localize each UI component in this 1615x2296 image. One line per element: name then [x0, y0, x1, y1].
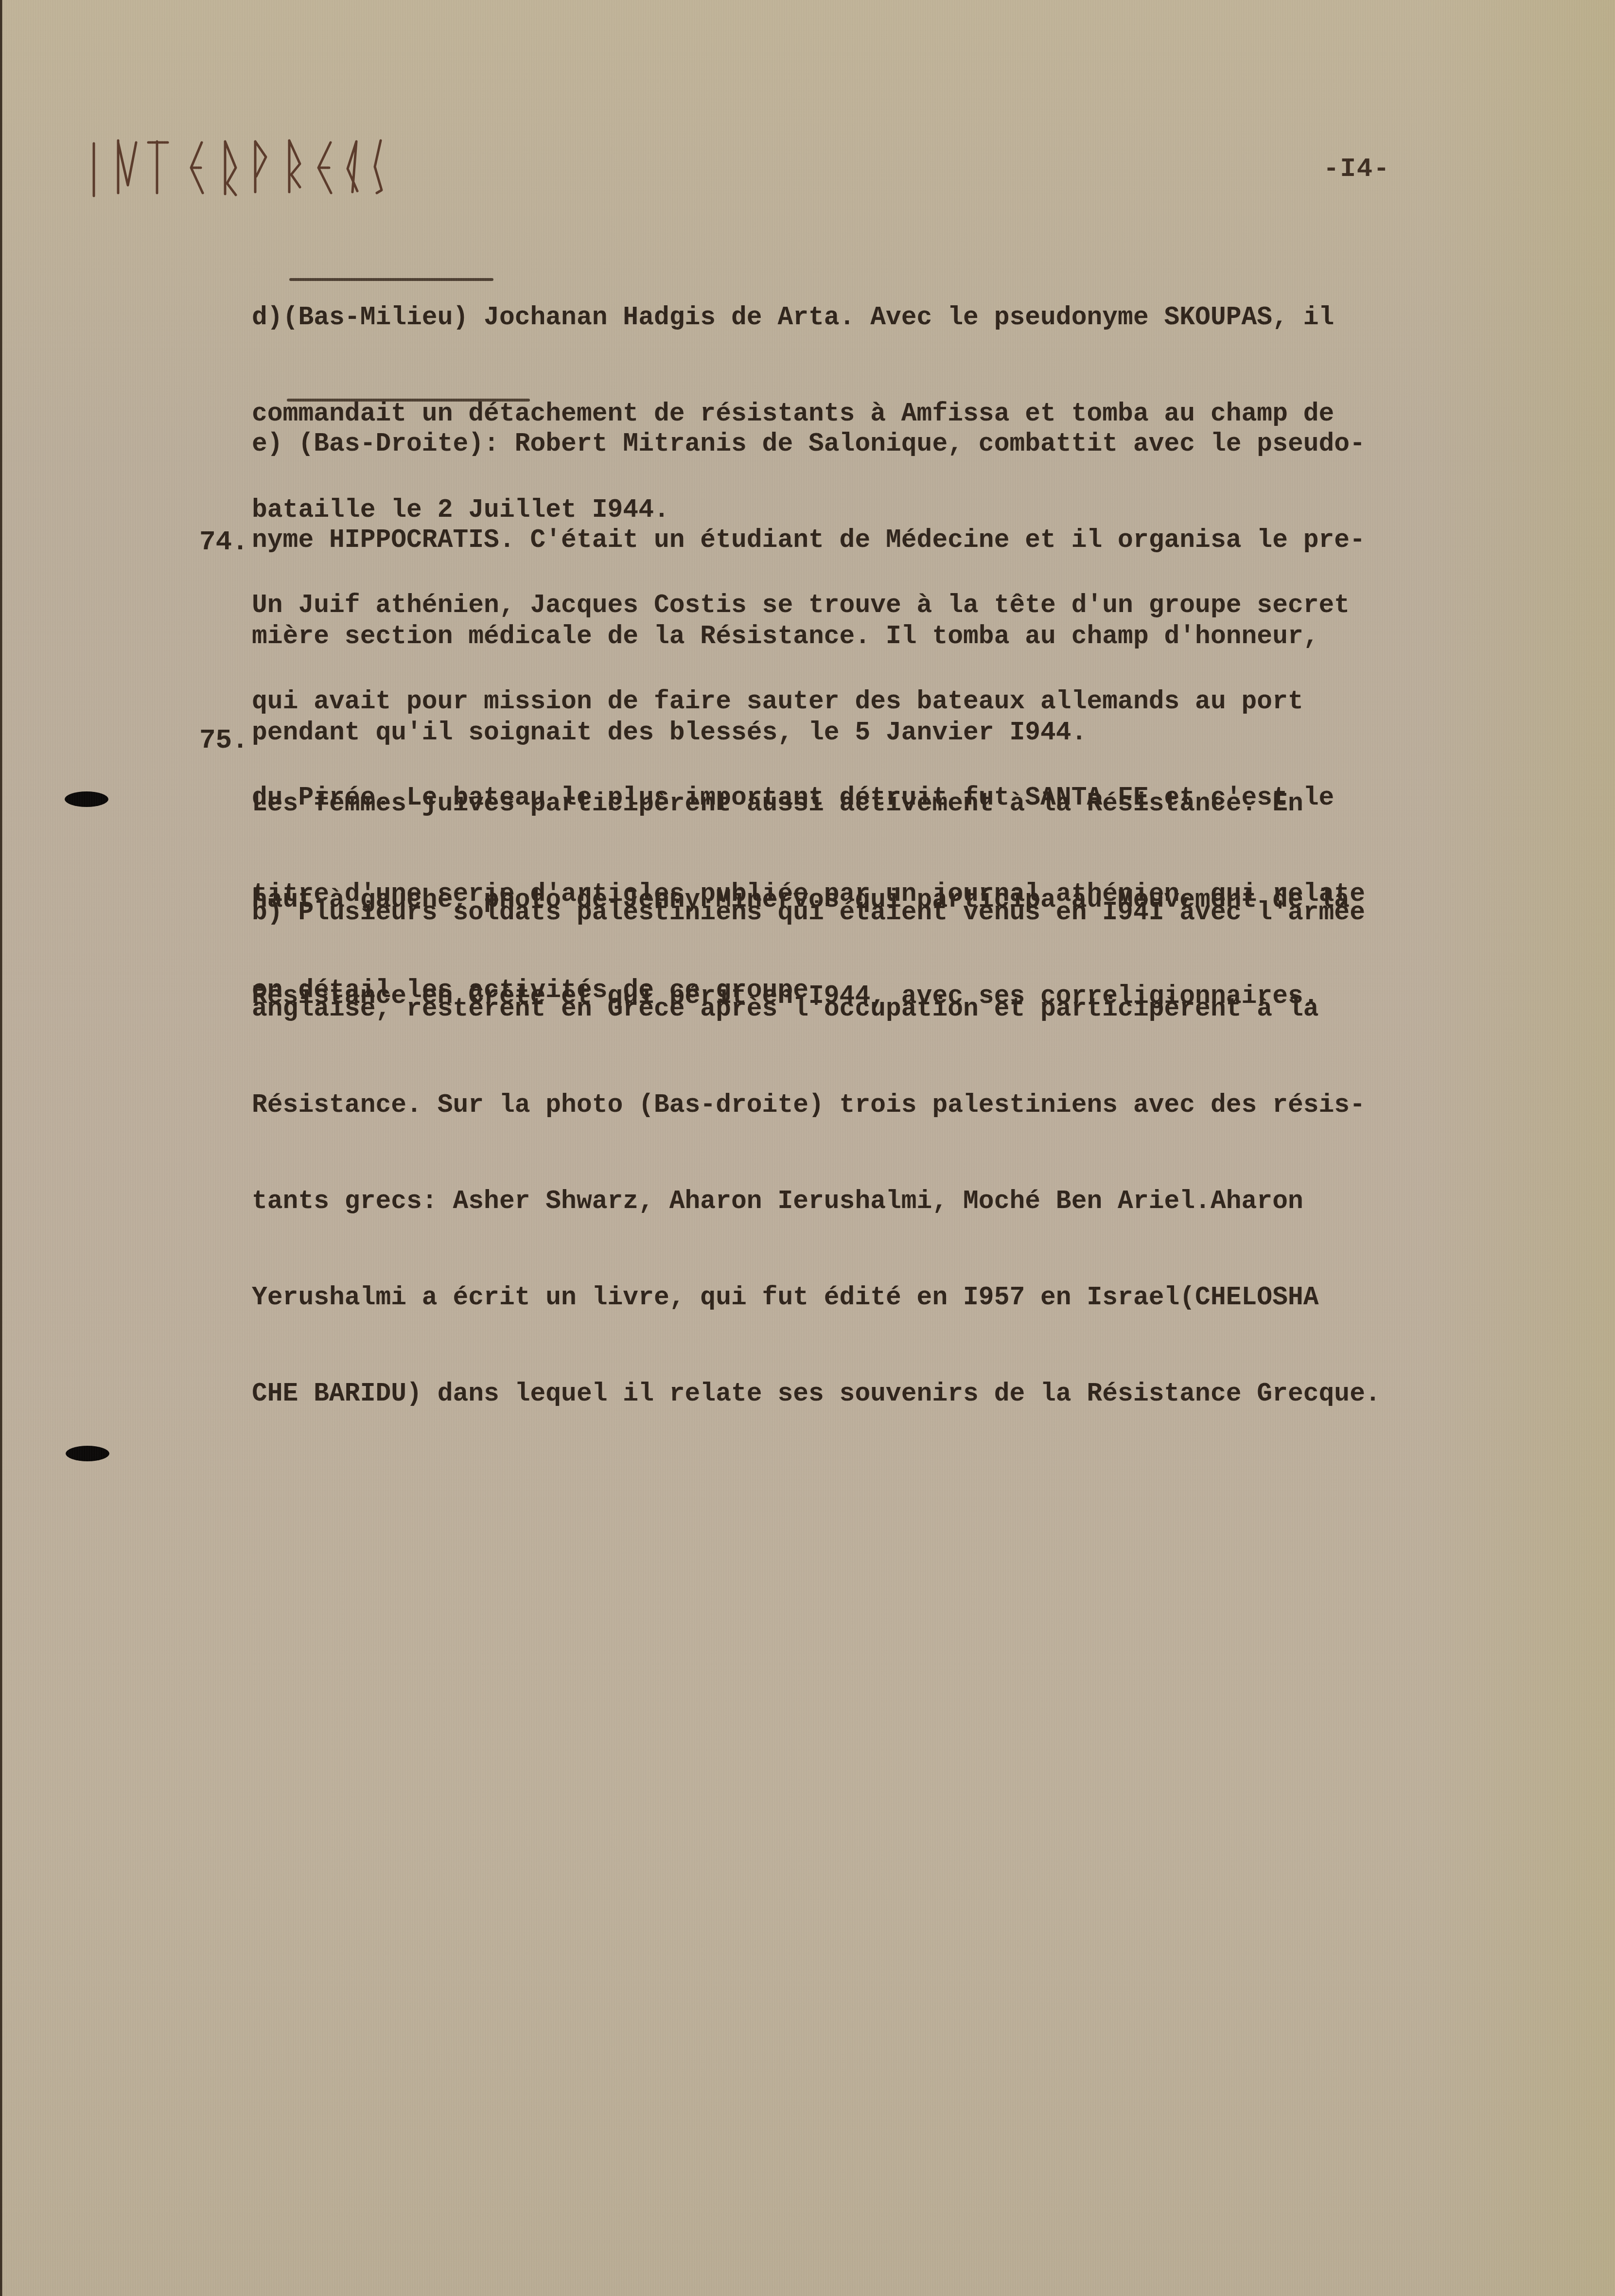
page-number: -I4- — [1323, 155, 1390, 184]
text-line: Les femmes juives participèrent aussi ac… — [252, 788, 1350, 820]
item-number-74: 74. — [199, 526, 248, 558]
text-line: anglaise, restèrent en Grèce après l'occ… — [252, 993, 1381, 1025]
text-line: d)(Bas-Milieu) Jochanan Hadgis de Arta. … — [252, 301, 1334, 333]
item-number-75: 75. — [199, 724, 248, 756]
underline-bas-droite — [287, 399, 530, 402]
interpress-logo-icon — [90, 139, 639, 202]
section-75-b: b) Plusieurs soldats palestiniens qui ét… — [252, 832, 1381, 1474]
document-page: -I4- d)(Bas-Milieu) Jochanan Hadgis de A… — [0, 0, 1615, 2296]
underline-bas-milieu — [289, 278, 493, 281]
text-line: Un Juif athénien, Jacques Costis se trou… — [252, 589, 1365, 621]
letterhead-interpress — [90, 139, 639, 202]
text-line: b) Plusieurs soldats palestiniens qui ét… — [252, 896, 1381, 929]
text-line: tants grecs: Asher Shwarz, Aharon Ierush… — [252, 1185, 1381, 1217]
text-line: Résistance. Sur la photo (Bas-droite) tr… — [252, 1089, 1381, 1121]
text-line: Yerushalmi a écrit un livre, qui fut édi… — [252, 1281, 1381, 1314]
punch-hole — [66, 1446, 109, 1461]
text-line: e) (Bas-Droite): Robert Mitranis de Salo… — [252, 428, 1365, 460]
text-line: CHE BARIDU) dans lequel il relate ses so… — [252, 1378, 1381, 1410]
text-line: qui avait pour mission de faire sauter d… — [252, 685, 1365, 718]
punch-hole — [65, 791, 108, 807]
